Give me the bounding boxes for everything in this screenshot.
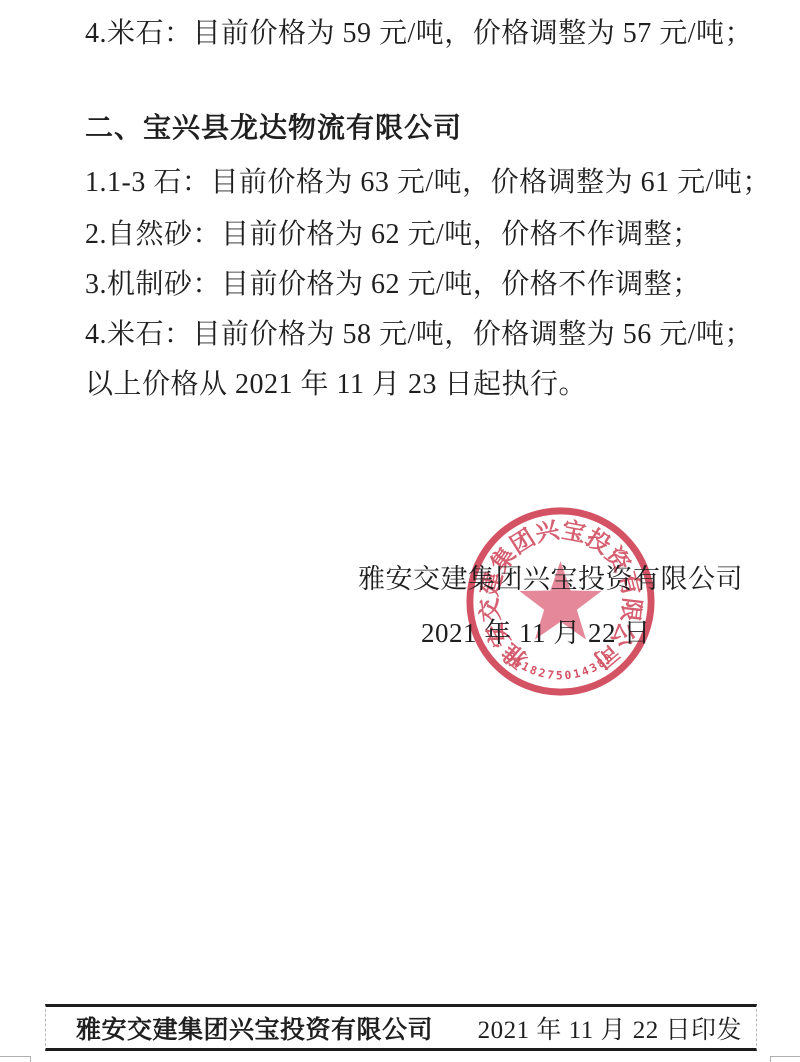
page-corner-mark-left (0, 1056, 31, 1062)
section-heading: 二、宝兴县龙达物流有限公司 (85, 106, 462, 146)
effective-date-line: 以上价格从 2021 年 11 月 23 日起执行。 (85, 362, 587, 402)
document-page: 4.米石：目前价格为 59 元/吨，价格调整为 57 元/吨； 二、宝兴县龙达物… (0, 0, 800, 1062)
footer-record-bar: 雅安交建集团兴宝投资有限公司 2021 年 11 月 22 日印发 (45, 1004, 757, 1051)
price-item-mishi: 4.米石：目前价格为 58 元/吨，价格调整为 56 元/吨； (85, 312, 753, 352)
footer-issuer: 雅安交建集团兴宝投资有限公司 (76, 1010, 433, 1046)
signature-date: 2021 年 11 月 22 日 (421, 611, 651, 650)
price-item-1-3-stone: 1.1-3 石：目前价格为 63 元/吨，价格调整为 61 元/吨； (85, 160, 771, 200)
price-item-mishi-section1: 4.米石：目前价格为 59 元/吨，价格调整为 57 元/吨； (85, 11, 753, 51)
price-item-machine-sand: 3.机制砂：目前价格为 62 元/吨，价格不作调整； (85, 262, 701, 302)
page-corner-mark-right (770, 1056, 800, 1062)
signature-company: 雅安交建集团兴宝投资有限公司 (358, 557, 743, 596)
price-item-natural-sand: 2.自然砂：目前价格为 62 元/吨，价格不作调整； (85, 212, 701, 252)
official-seal: 雅安交建集团兴宝投资有限公司 5118275014388 (462, 503, 659, 700)
footer-issue-date: 2021 年 11 月 22 日印发 (478, 1010, 742, 1046)
